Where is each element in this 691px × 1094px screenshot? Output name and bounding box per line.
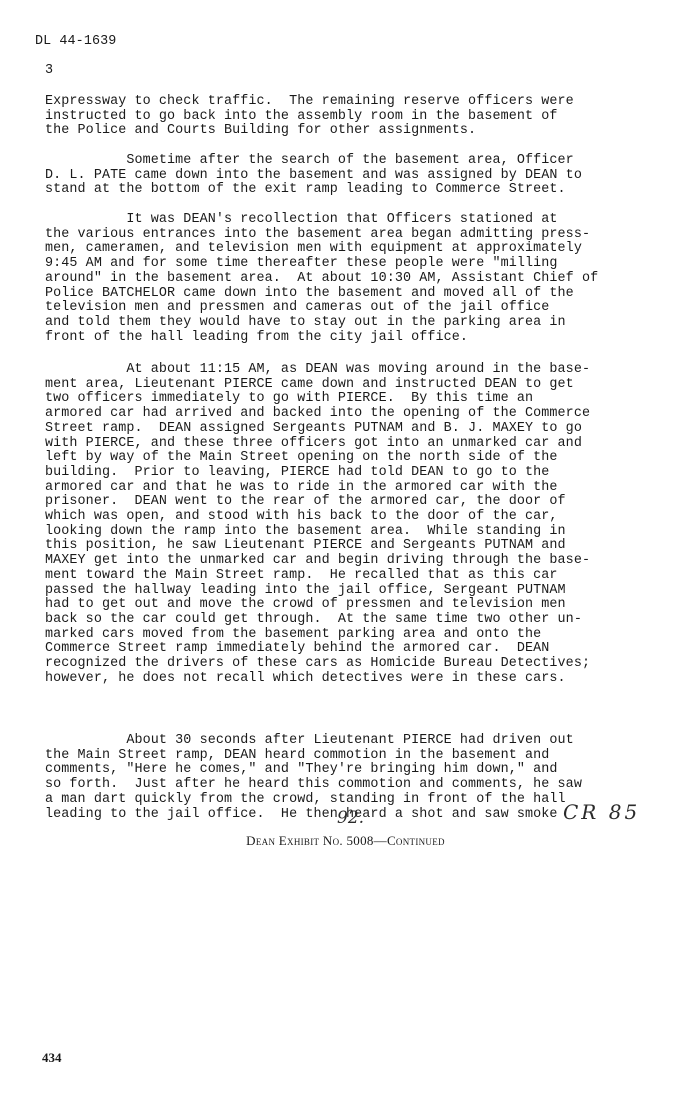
exhibit-caption: Dean Exhibit No. 5008—Continued [0,833,691,849]
paragraph-1: Expressway to check traffic. The remaini… [45,95,685,139]
page-sequence-number: 3 [45,64,53,79]
handwritten-page-number: 92. [337,808,364,828]
paragraph-4: At about 11:15 AM, as DEAN was moving ar… [45,363,685,686]
handwritten-code: CR 85 [563,800,640,824]
page-number: 434 [42,1050,62,1066]
paragraph-2: Sometime after the search of the basemen… [45,154,685,198]
file-number: DL 44-1639 [35,35,116,50]
paragraph-3: It was DEAN's recollection that Officers… [45,213,685,345]
